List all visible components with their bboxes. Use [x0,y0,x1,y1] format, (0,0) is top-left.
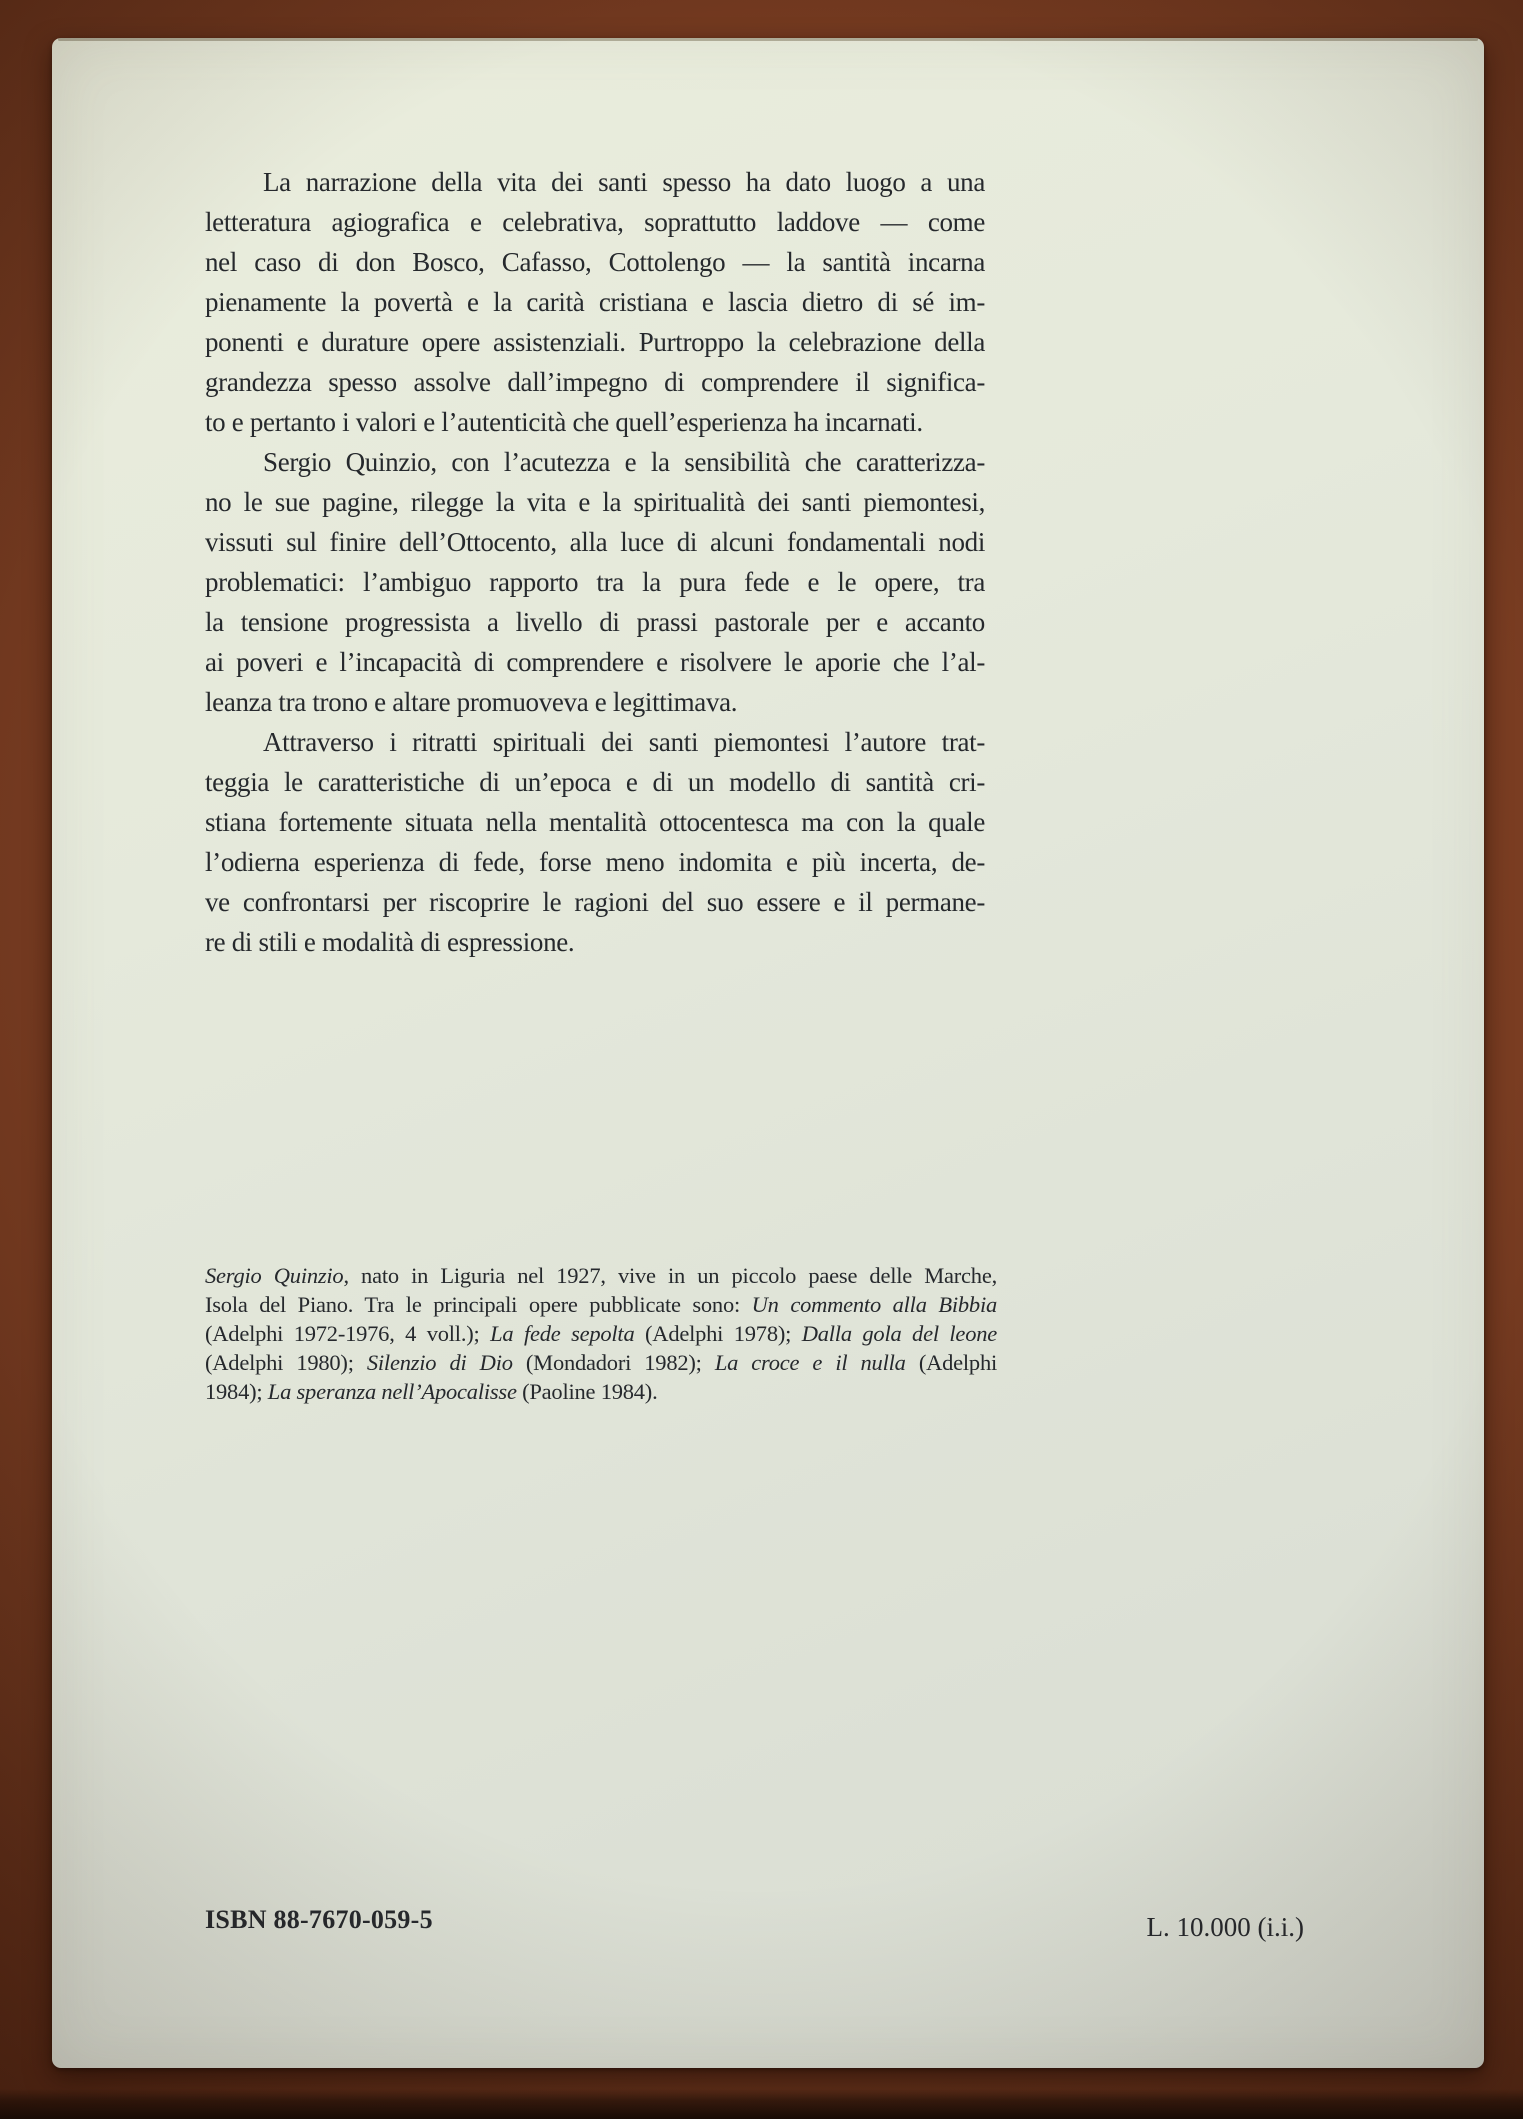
text-line: no le sue pagine, rilegge la vita e la s… [205,482,985,522]
text-segment: (Mondadori 1982); [513,1350,715,1375]
text-segment: l’odierna esperienza di fede, forse meno… [205,847,985,877]
text-segment: teggia le caratteristiche di un’epoca e … [205,767,985,797]
blurb-paragraph-1: La narrazione della vita dei santi spess… [205,162,985,442]
italic-text-segment: Dalla gola del leone [802,1321,997,1346]
text-segment: ponenti e durature opere assistenziali. … [205,327,985,357]
text-segment: no le sue pagine, rilegge la vita e la s… [205,487,985,517]
italic-text-segment: La speranza nell’Apocalisse [268,1379,517,1404]
book-back-cover: La narrazione della vita dei santi spess… [52,38,1484,2068]
italic-text-segment: La fede sepolta [490,1321,634,1346]
text-segment: Sergio Quinzio, con l’acutezza e la sens… [263,447,985,477]
text-segment: (Paoline 1984). [517,1379,658,1404]
text-line: to e pertanto i valori e l’autenticità c… [205,402,985,442]
text-segment: vissuti sul finire dell’Ottocento, alla … [205,527,985,557]
text-line: nel caso di don Bosco, Cafasso, Cottolen… [205,242,985,282]
text-segment: la tensione progressista a livello di pr… [205,607,985,637]
text-line: Sergio Quinzio, con l’acutezza e la sens… [205,442,985,482]
table-edge-shadow [0,2089,1523,2119]
text-line: teggia le caratteristiche di un’epoca e … [205,762,985,802]
text-line: problematici: l’ambiguo rapporto tra la … [205,562,985,602]
text-line: (Adelphi 1972-1976, 4 voll.); La fede se… [205,1319,997,1348]
text-line: l’odierna esperienza di fede, forse meno… [205,842,985,882]
text-line: Isola del Piano. Tra le principali opere… [205,1290,997,1319]
text-line: ponenti e durature opere assistenziali. … [205,322,985,362]
text-line: la tensione progressista a livello di pr… [205,602,985,642]
text-line: Attraverso i ritratti spirituali dei san… [205,722,985,762]
text-line: leanza tra trono e altare promuoveva e l… [205,682,985,722]
text-segment: leanza tra trono e altare promuoveva e l… [205,687,737,717]
text-segment: (Adelphi 1978); [634,1321,801,1346]
text-segment: (Adelphi [906,1350,997,1375]
text-segment: Attraverso i ritratti spirituali dei san… [263,727,985,757]
text-line: pienamente la povertà e la carità cristi… [205,282,985,322]
text-line: La narrazione della vita dei santi spess… [205,162,985,202]
italic-text-segment: Sergio Quinzio [205,1263,343,1288]
text-segment: Isola del Piano. Tra le principali opere… [205,1292,752,1317]
cover-footer: ISBN 88-7670-059-5 L. 10.000 (i.i.) [205,1904,1304,1935]
text-segment: (Adelphi 1980); [205,1350,367,1375]
text-segment: 1984); [205,1379,268,1404]
text-segment: letteratura agiografica e celebrativa, s… [205,207,985,237]
text-line: ve confrontarsi per riscoprire le ragion… [205,882,985,922]
isbn-text: ISBN 88-7670-059-5 [205,1905,433,1935]
text-segment: re di stili e modalità di espressione. [205,927,574,957]
text-line: grandezza spesso assolve dall’impegno di… [205,362,985,402]
italic-text-segment: Un commento alla Bibbia [752,1292,997,1317]
text-segment: La narrazione della vita dei santi spess… [263,167,985,197]
text-line: ai poveri e l’incapacità di comprendere … [205,642,985,682]
text-segment: problematici: l’ambiguo rapporto tra la … [205,567,985,597]
text-segment: to e pertanto i valori e l’autenticità c… [205,407,923,437]
text-segment: stiana fortemente situata nella mentalit… [205,807,985,837]
text-line: Sergio Quinzio, nato in Liguria nel 1927… [205,1261,997,1290]
text-line: (Adelphi 1980); Silenzio di Dio (Mondado… [205,1348,997,1377]
blurb-paragraph-2: Sergio Quinzio, con l’acutezza e la sens… [205,442,985,722]
text-segment: ai poveri e l’incapacità di comprendere … [205,647,985,677]
text-segment: pienamente la povertà e la carità cristi… [205,287,985,317]
text-line: vissuti sul finire dell’Ottocento, alla … [205,522,985,562]
photo-background: La narrazione della vita dei santi spess… [0,0,1523,2119]
text-segment: nel caso di don Bosco, Cafasso, Cottolen… [205,247,985,277]
price-text: L. 10.000 (i.i.) [1147,1912,1304,1943]
text-line: stiana fortemente situata nella mentalit… [205,802,985,842]
text-segment: grandezza spesso assolve dall’impegno di… [205,367,985,397]
italic-text-segment: La croce e il nulla [715,1350,906,1375]
blurb-paragraph-3: Attraverso i ritratti spirituali dei san… [205,722,985,962]
text-segment: , nato in Liguria nel 1927, vive in un p… [343,1263,997,1288]
italic-text-segment: Silenzio di Dio [367,1350,513,1375]
text-line: re di stili e modalità di espressione. [205,922,985,962]
text-line: letteratura agiografica e celebrativa, s… [205,202,985,242]
text-segment: ve confrontarsi per riscoprire le ragion… [205,887,985,917]
blurb-text-block: La narrazione della vita dei santi spess… [205,162,985,962]
text-segment: (Adelphi 1972-1976, 4 voll.); [205,1321,490,1346]
text-line: 1984); La speranza nell’Apocalisse (Paol… [205,1377,997,1406]
author-bio-block: Sergio Quinzio, nato in Liguria nel 1927… [205,1261,997,1406]
